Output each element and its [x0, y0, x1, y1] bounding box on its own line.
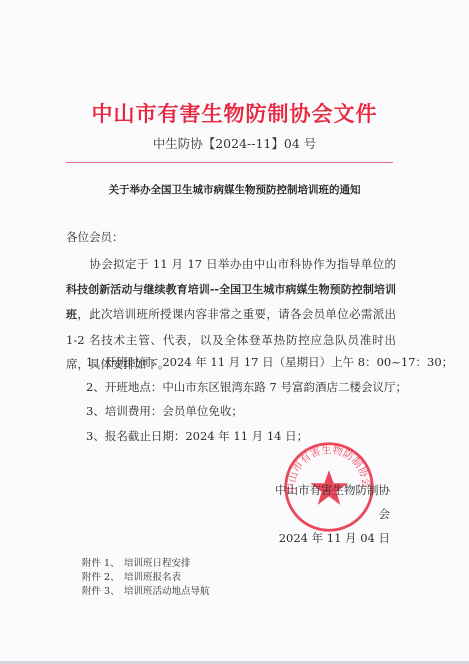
item-deadline: 3、报名截止日期：2024 年 11 月 14 日；	[86, 424, 453, 449]
signature-block: 中山市有害生物防制协会 2024 年 11 月 04 日	[270, 478, 390, 550]
attachment-item[interactable]: 附件 2、培训班报名表	[82, 571, 210, 585]
document-page: 中山市有害生物防制协会文件 中生防协【2024--11】04 号 关于举办全国卫…	[0, 0, 469, 664]
attachments-list: 附件 1、培训班日程安排 附件 2、培训班报名表 附件 3、培训班活动地点导航	[82, 557, 210, 599]
org-title: 中山市有害生物防制协会文件	[0, 98, 469, 128]
attachment-item[interactable]: 附件 1、培训班日程安排	[82, 557, 210, 571]
attachment-item[interactable]: 附件 3、培训班活动地点导航	[82, 585, 210, 599]
item-location: 2、开班地点：中山市东区银湾东路 7 号富韵酒店二楼会议厅；	[86, 375, 453, 400]
signature-org: 中山市有害生物防制协会	[270, 478, 390, 526]
salutation: 各位会员：	[66, 229, 124, 245]
body-text-1: 协会拟定于 11 月 17 日举办由中山市科协作为指导单位的	[89, 257, 396, 271]
arrangement-list: 1、开班时间：2024 年 11 月 17 日（星期日）上午 8：00~17：3…	[86, 350, 453, 448]
header-divider	[66, 162, 393, 163]
notice-subject: 关于举办全国卫生城市病媒生物预防控制培训班的通知	[0, 182, 469, 197]
doc-number: 中生防协【2024--11】04 号	[0, 134, 469, 152]
item-fee: 3、培训费用：会员单位免收；	[86, 399, 453, 424]
item-time: 1、开班时间：2024 年 11 月 17 日（星期日）上午 8：00~17：3…	[86, 350, 453, 375]
signature-date: 2024 年 11 月 04 日	[270, 526, 390, 550]
